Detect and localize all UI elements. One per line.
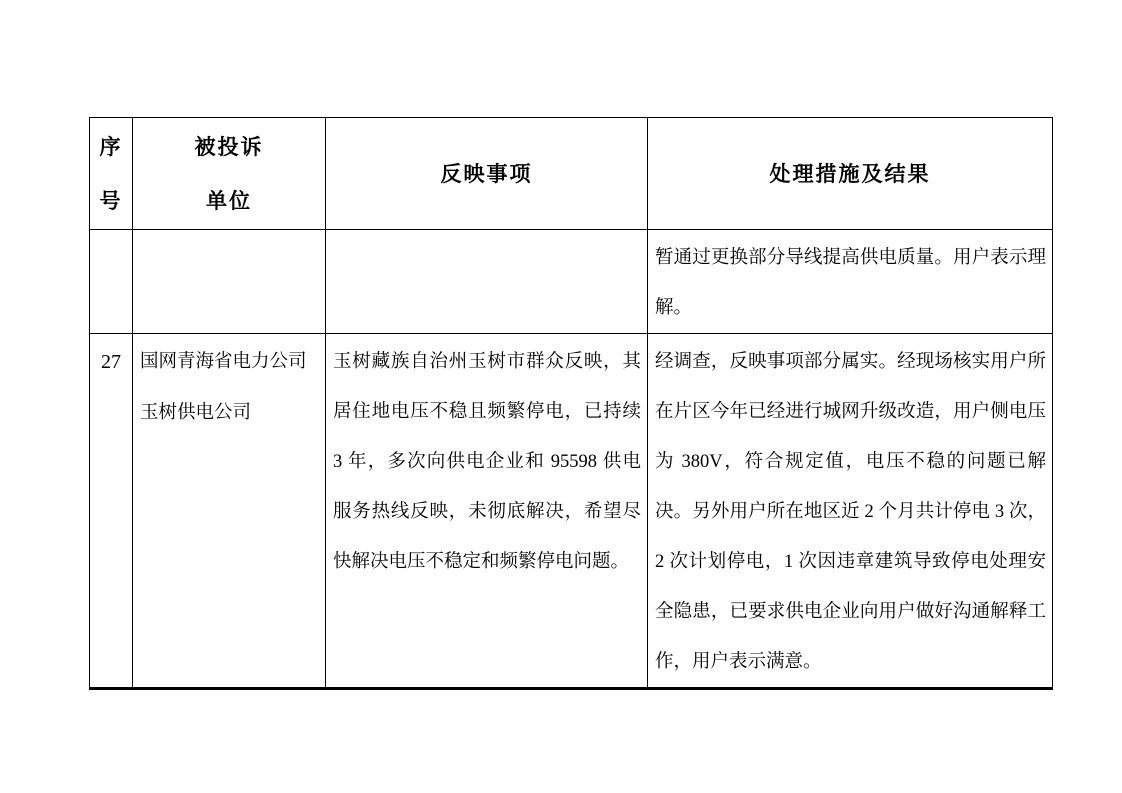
cell-issue: 玉树藏族自治州玉树市群众反映，其居住地电压不稳且频繁停电，已持续 3 年，多次向… [326, 334, 648, 689]
result-value: 暂通过更换部分导线提高供电质量。用户表示理解。 [648, 230, 1052, 333]
table-row-27: 27 国网青海省电力公司玉树供电公司 玉树藏族自治州玉树市群众反映，其居住地电压… [90, 334, 1053, 689]
seq-value [90, 230, 132, 233]
header-cell-seq: 序 号 [90, 118, 133, 230]
unit-value: 国网青海省电力公司玉树供电公司 [133, 334, 325, 439]
issue-value: 玉树藏族自治州玉树市群众反映，其居住地电压不稳且频繁停电，已持续 3 年，多次向… [326, 334, 647, 587]
header-cell-result: 处理措施及结果 [648, 118, 1053, 230]
cell-unit: 国网青海省电力公司玉树供电公司 [133, 334, 326, 689]
cell-seq [90, 230, 133, 334]
complaints-table: 序 号 被投诉 单位 反映事项 处理措施及结果 暂通过更换部分导线提高供电质量。… [89, 117, 1053, 690]
cell-issue [326, 230, 648, 334]
seq-value: 27 [90, 334, 132, 387]
cell-result: 暂通过更换部分导线提高供电质量。用户表示理解。 [648, 230, 1053, 334]
unit-value [133, 230, 325, 233]
table-header-row: 序 号 被投诉 单位 反映事项 处理措施及结果 [90, 118, 1053, 230]
cell-unit [133, 230, 326, 334]
document-page: 序 号 被投诉 单位 反映事项 处理措施及结果 暂通过更换部分导线提高供电质量。… [0, 0, 1122, 793]
header-cell-issue: 反映事项 [326, 118, 648, 230]
issue-value [326, 230, 647, 233]
cell-result: 经调查，反映事项部分属实。经现场核实用户所在片区今年已经进行城网升级改造，用户侧… [648, 334, 1053, 689]
header-cell-unit: 被投诉 单位 [133, 118, 326, 230]
result-value: 经调查，反映事项部分属实。经现场核实用户所在片区今年已经进行城网升级改造，用户侧… [648, 334, 1052, 687]
table-row-continuation: 暂通过更换部分导线提高供电质量。用户表示理解。 [90, 230, 1053, 334]
cell-seq: 27 [90, 334, 133, 689]
